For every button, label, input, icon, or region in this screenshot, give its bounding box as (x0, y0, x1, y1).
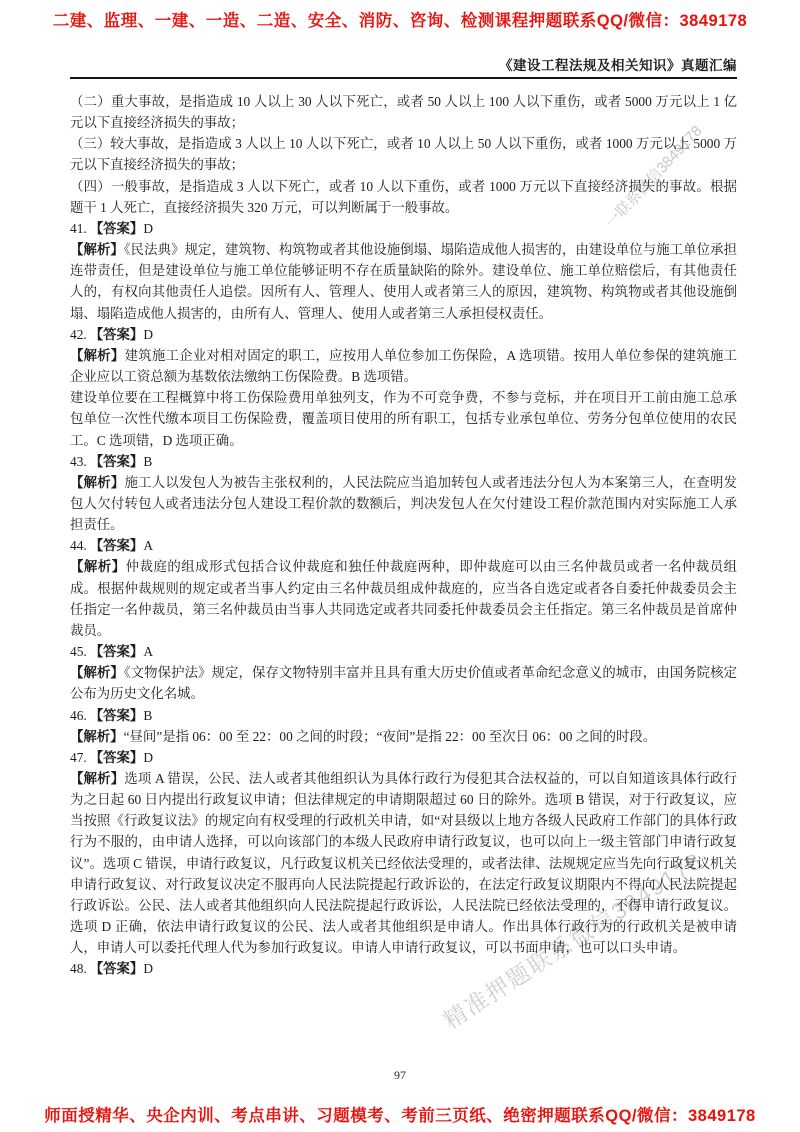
question-number: 41. (70, 221, 87, 236)
analysis-label: 【解析】 (70, 348, 125, 363)
answer-value: B (143, 708, 152, 723)
page-number: 97 (0, 1068, 800, 1083)
intro-paragraph: （四）一般事故，是指造成 3 人以下死亡，或者 10 人以下重伤，或者 1000… (70, 176, 737, 218)
question-block-48: 48.【答案】D (70, 958, 737, 979)
answer-line: 47.【答案】D (70, 747, 737, 768)
answer-label: 【答案】 (90, 708, 144, 723)
analysis-paragraph: 【解析】“昼间”是指 06：00 至 22：00 之间的时段；“夜间”是指 22… (70, 726, 737, 747)
question-block-46: 46.【答案】B 【解析】“昼间”是指 06：00 至 22：00 之间的时段；… (70, 705, 737, 747)
answer-value: A (143, 644, 153, 659)
analysis-text: 建设单位要在工程概算中将工伤保险费用单独列支，作为不可竞争费，不参与竞标，并在项… (70, 390, 737, 447)
answer-label: 【答案】 (90, 961, 144, 976)
question-block-42: 42.【答案】D 【解析】建筑施工企业对相对固定的职工，应按用人单位参加工伤保险… (70, 324, 737, 451)
analysis-label: 【解析】 (70, 729, 124, 744)
analysis-label: 【解析】 (70, 475, 124, 490)
answer-line: 48.【答案】D (70, 958, 737, 979)
question-block-43: 43.【答案】B 【解析】施工人以发包人为被告主张权利的，人民法院应当追加转包人… (70, 451, 737, 536)
analysis-text: 施工人以发包人为被告主张权利的，人民法院应当追加转包人或者违法分包人为本案第三人… (70, 475, 737, 532)
analysis-label: 【解析】 (70, 665, 124, 680)
header-promo-banner: 二建、监理、一建、一造、二造、安全、消防、咨询、检测课程押题联系QQ/微信：38… (0, 7, 800, 31)
analysis-label: 【解析】 (70, 559, 126, 574)
question-number: 48. (70, 961, 87, 976)
analysis-text: 选项 A 错误，公民、法人或者其他组织认为具体行政行为侵犯其合法权益的，可以自知… (70, 771, 737, 955)
analysis-paragraph: 【解析】施工人以发包人为被告主张权利的，人民法院应当追加转包人或者违法分包人为本… (70, 472, 737, 535)
answer-line: 44.【答案】A (70, 535, 737, 556)
answer-label: 【答案】 (90, 538, 144, 553)
intro-paragraph: （二）重大事故，是指造成 10 人以上 30 人以下死亡，或者 50 人以上 1… (70, 91, 737, 133)
header-rule (70, 77, 737, 79)
question-number: 44. (70, 538, 87, 553)
question-number: 45. (70, 644, 87, 659)
analysis-paragraph: 【解析】《民法典》规定，建筑物、构筑物或者其他设施倒塌、塌陷造成他人损害的，由建… (70, 239, 737, 324)
document-body: （二）重大事故，是指造成 10 人以上 30 人以下死亡，或者 50 人以上 1… (70, 91, 737, 980)
answer-label: 【答案】 (90, 221, 144, 236)
analysis-text: 仲裁庭的组成形式包括合议仲裁庭和独任仲裁庭两种，即仲裁庭可以由三名仲裁员或者一名… (70, 559, 737, 637)
answer-value: D (143, 961, 153, 976)
answer-line: 42.【答案】D (70, 324, 737, 345)
intro-paragraph: （三）较大事故，是指造成 3 人以上 10 人以下死亡，或者 10 人以上 50… (70, 133, 737, 175)
analysis-text: 《文物保护法》规定，保存文物特别丰富并且具有重大历史价值或者革命纪念意义的城市，… (70, 665, 737, 701)
answer-value: D (143, 221, 153, 236)
question-number: 46. (70, 708, 87, 723)
analysis-paragraph: 【解析】《文物保护法》规定，保存文物特别丰富并且具有重大历史价值或者革命纪念意义… (70, 662, 737, 704)
analysis-label: 【解析】 (70, 771, 124, 786)
analysis-text: “昼间”是指 06：00 至 22：00 之间的时段；“夜间”是指 22：00 … (124, 729, 657, 744)
question-number: 42. (70, 327, 87, 342)
analysis-paragraph: 【解析】仲裁庭的组成形式包括合议仲裁庭和独任仲裁庭两种，即仲裁庭可以由三名仲裁员… (70, 556, 737, 641)
answer-value: D (143, 327, 153, 342)
question-block-45: 45.【答案】A 【解析】《文物保护法》规定，保存文物特别丰富并且具有重大历史价… (70, 641, 737, 704)
answer-line: 46.【答案】B (70, 705, 737, 726)
footer-promo-banner: 师面授精华、央企内训、考点串讲、习题模考、考前三页纸、绝密押题联系QQ/微信：3… (0, 1102, 800, 1126)
doc-title: 《建设工程法规及相关知识》真题汇编 (70, 54, 737, 74)
answer-line: 43.【答案】B (70, 451, 737, 472)
analysis-label: 【解析】 (70, 242, 124, 257)
question-number: 47. (70, 750, 87, 765)
answer-value: B (143, 454, 152, 469)
answer-line: 41.【答案】D (70, 218, 737, 239)
answer-value: D (143, 750, 153, 765)
analysis-paragraph: 【解析】建筑施工企业对相对固定的职工，应按用人单位参加工伤保险，A 选项错。按用… (70, 345, 737, 387)
analysis-text: 《民法典》规定，建筑物、构筑物或者其他设施倒塌、塌陷造成他人损害的，由建设单位与… (70, 242, 737, 320)
analysis-text: 建筑施工企业对相对固定的职工，应按用人单位参加工伤保险，A 选项错。按用人单位参… (70, 348, 737, 384)
answer-label: 【答案】 (90, 750, 144, 765)
answer-label: 【答案】 (90, 454, 144, 469)
answer-label: 【答案】 (90, 644, 144, 659)
answer-label: 【答案】 (90, 327, 144, 342)
question-block-44: 44.【答案】A 【解析】仲裁庭的组成形式包括合议仲裁庭和独任仲裁庭两种，即仲裁… (70, 535, 737, 641)
analysis-paragraph: 建设单位要在工程概算中将工伤保险费用单独列支，作为不可竞争费，不参与竞标，并在项… (70, 387, 737, 450)
question-block-47: 47.【答案】D 【解析】选项 A 错误，公民、法人或者其他组织认为具体行政行为… (70, 747, 737, 959)
question-block-41: 41.【答案】D 【解析】《民法典》规定，建筑物、构筑物或者其他设施倒塌、塌陷造… (70, 218, 737, 324)
answer-value: A (143, 538, 153, 553)
analysis-paragraph: 【解析】选项 A 错误，公民、法人或者其他组织认为具体行政行为侵犯其合法权益的，… (70, 768, 737, 958)
answer-line: 45.【答案】A (70, 641, 737, 662)
question-number: 43. (70, 454, 87, 469)
